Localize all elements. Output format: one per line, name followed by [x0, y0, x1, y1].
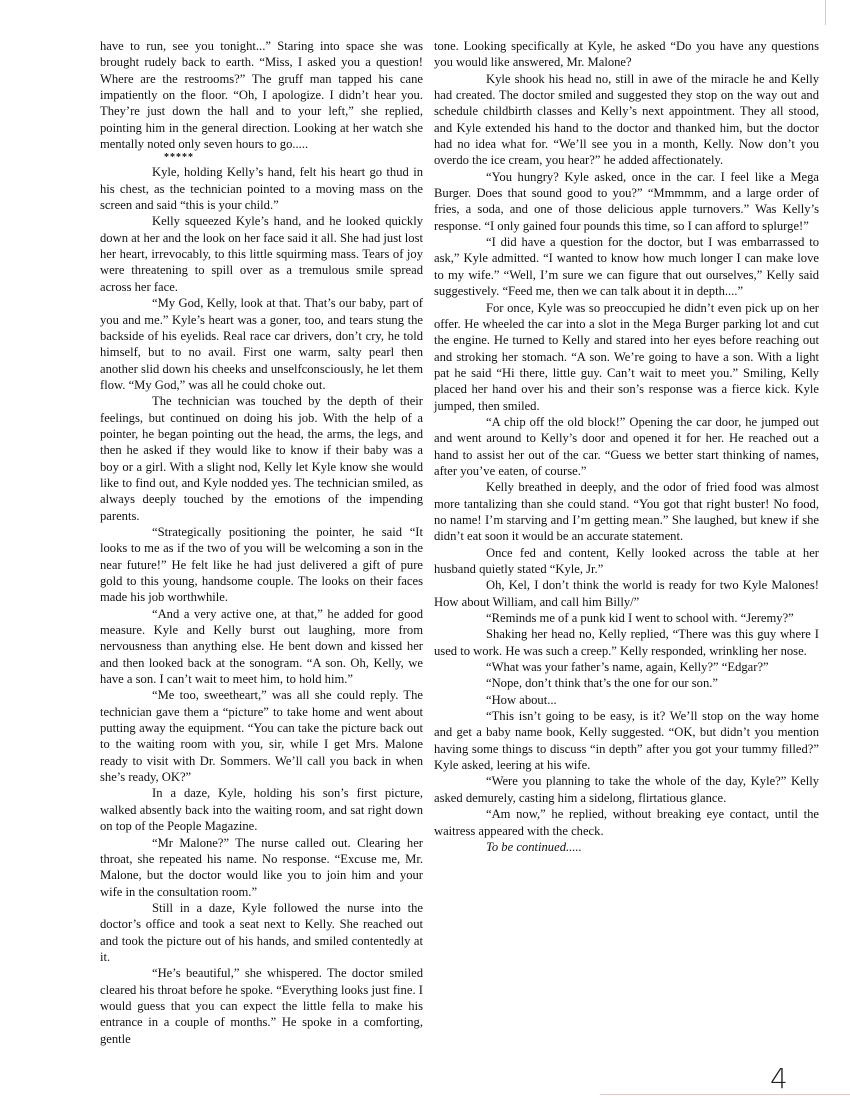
paragraph: “Reminds me of a punk kid I went to scho… — [434, 610, 819, 626]
paragraph: “He’s beautiful,” she whispered. The doc… — [100, 965, 423, 1047]
paragraph: Kyle shook his head no, still in awe of … — [434, 71, 819, 169]
paragraph: “Mr Malone?” The nurse called out. Clear… — [100, 835, 423, 900]
paragraph: “My God, Kelly, look at that. That’s our… — [100, 295, 423, 393]
paragraph: “Am now,” he replied, without breaking e… — [434, 806, 819, 839]
paragraph: “What was your father’s name, again, Kel… — [434, 659, 819, 675]
paragraph: In a daze, Kyle, holding his son’s first… — [100, 785, 423, 834]
paragraph: Kelly breathed in deeply, and the odor o… — [434, 479, 819, 544]
scan-bottom-edge — [600, 1094, 850, 1095]
paragraph: Shaking her head no, Kelly replied, “The… — [434, 626, 819, 659]
paragraph: “And a very active one, at that,” he add… — [100, 606, 423, 688]
paragraph: Still in a daze, Kyle followed the nurse… — [100, 900, 423, 965]
to-be-continued: To be continued..... — [434, 839, 819, 855]
paragraph: Once fed and content, Kelly looked acros… — [434, 545, 819, 578]
paragraph: Kyle, holding Kelly’s hand, felt his hea… — [100, 164, 423, 213]
paragraph: “This isn’t going to be easy, is it? We’… — [434, 708, 819, 773]
paragraph: The technician was touched by the depth … — [100, 393, 423, 524]
scan-edge-mark — [825, 0, 826, 25]
paragraph: “Were you planning to take the whole of … — [434, 773, 819, 806]
paragraph: have to run, see you tonight...” Staring… — [100, 38, 423, 152]
paragraph: For once, Kyle was so preoccupied he did… — [434, 300, 819, 414]
paragraph: “Strategically positioning the pointer, … — [100, 524, 423, 606]
right-column: tone. Looking specifically at Kyle, he a… — [434, 38, 819, 855]
paragraph: “A chip off the old block!” Opening the … — [434, 414, 819, 479]
paragraph: “I did have a question for the doctor, b… — [434, 234, 819, 299]
paragraph: tone. Looking specifically at Kyle, he a… — [434, 38, 819, 71]
section-separator: ***** — [100, 152, 423, 164]
paragraph: Kelly squeezed Kyle’s hand, and he looke… — [100, 213, 423, 295]
paragraph: Oh, Kel, I don’t think the world is read… — [434, 577, 819, 610]
paragraph: “Me too, sweetheart,” was all she could … — [100, 687, 423, 785]
document-page: have to run, see you tonight...” Staring… — [0, 0, 850, 1100]
paragraph: “Nope, don’t think that’s the one for ou… — [434, 675, 819, 691]
paragraph: “How about... — [434, 692, 819, 708]
paragraph: “You hungry? Kyle asked, once in the car… — [434, 169, 819, 234]
left-column: have to run, see you tonight...” Staring… — [100, 38, 423, 1047]
page-number: 4 — [770, 1062, 788, 1095]
